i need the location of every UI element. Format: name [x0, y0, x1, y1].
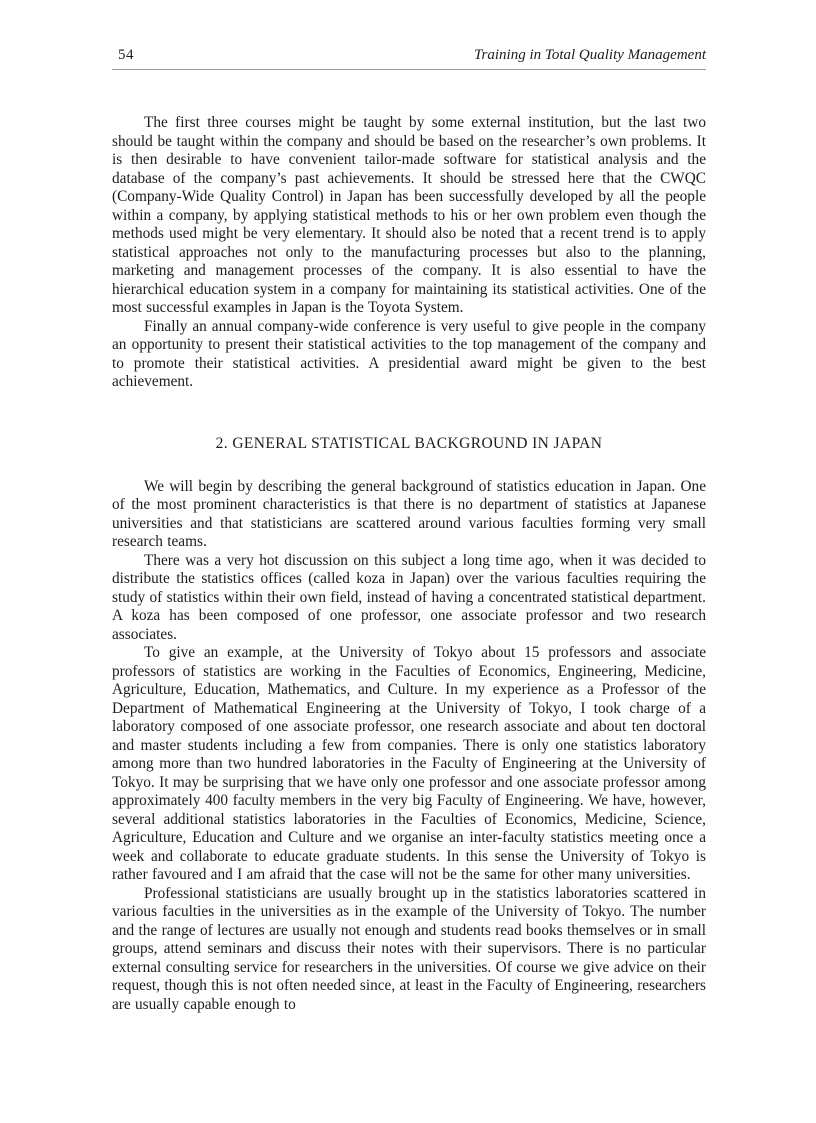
running-title: Training in Total Quality Management — [474, 47, 706, 64]
page-header: 54 Training in Total Quality Management — [112, 47, 706, 70]
paragraph-annual-conference: Finally an annual company-wide conferenc… — [112, 318, 706, 392]
page-body: The first three courses might be taught … — [112, 114, 706, 1014]
paragraph-university-of-tokyo-example: To give an example, at the University of… — [112, 644, 706, 885]
paragraph-hot-discussion: There was a very hot discussion on this … — [112, 552, 706, 645]
paragraph-we-will-begin: We will begin by describing the general … — [112, 478, 706, 552]
page-number: 54 — [112, 47, 134, 64]
section-heading: 2. GENERAL STATISTICAL BACKGROUND IN JAP… — [112, 434, 706, 453]
paragraph-professional-statisticians: Professional statisticians are usually b… — [112, 885, 706, 1015]
document-page: 54 Training in Total Quality Management … — [0, 0, 816, 1123]
paragraph-first-three-courses: The first three courses might be taught … — [112, 114, 706, 318]
